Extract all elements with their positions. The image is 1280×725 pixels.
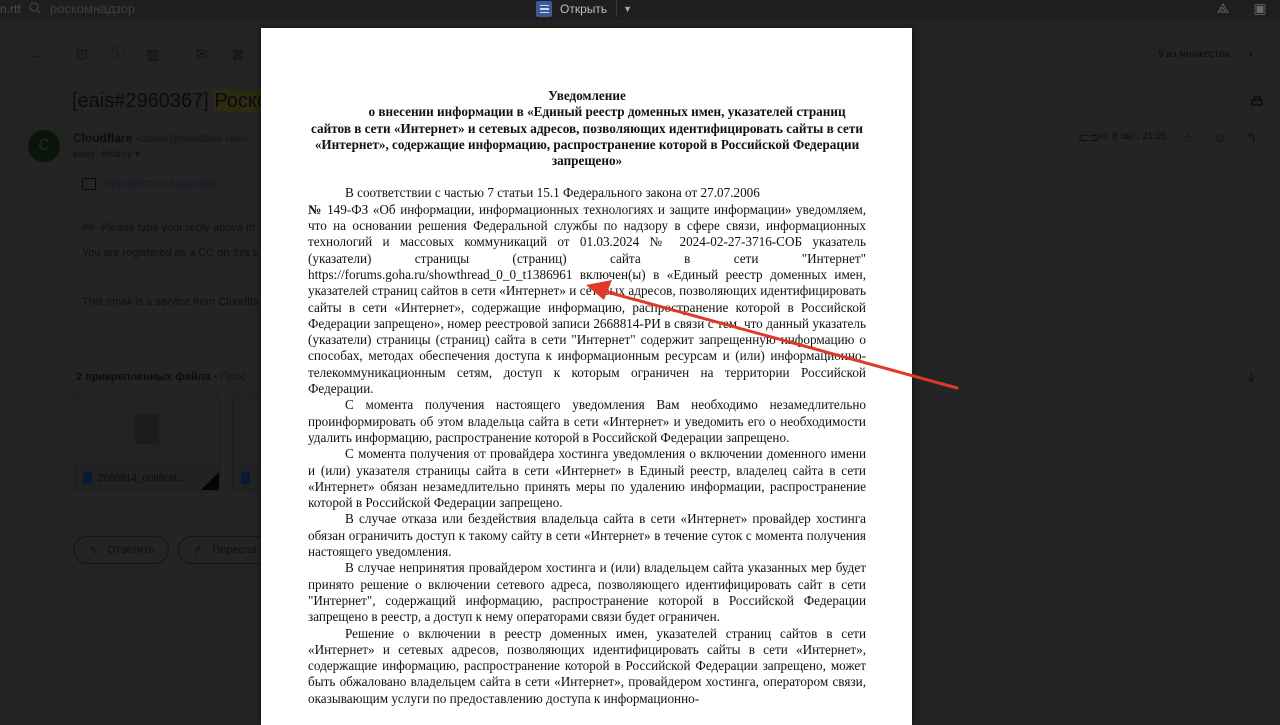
paragraph: В соответствии с частью 7 статьи 15.1 Фе… bbox=[308, 185, 866, 201]
document-page: Уведомление о внесении информации в «Еди… bbox=[261, 28, 912, 725]
paragraph: С момента получения от провайдера хостин… bbox=[308, 446, 866, 511]
paragraph: Решение о включении в реестр доменных им… bbox=[308, 626, 866, 707]
number-sign: № bbox=[308, 202, 323, 217]
chevron-down-icon[interactable]: ▼ bbox=[623, 4, 632, 14]
attachment-name bbox=[241, 472, 250, 484]
mark-unread-icon[interactable]: ✉ bbox=[194, 46, 210, 62]
translate-label: Перевести на русский bbox=[104, 178, 217, 190]
document-title: Уведомление bbox=[308, 88, 866, 104]
attachment-thumbnail bbox=[75, 394, 219, 464]
document-content: Уведомление о внесении информации в «Еди… bbox=[308, 88, 866, 707]
attachments-header: 2 прикрепленных файла • Прос bbox=[76, 371, 246, 383]
paragraph-text: 149-ФЗ «Об информации, информационных те… bbox=[308, 202, 866, 396]
forward-label: Пересла bbox=[212, 544, 256, 556]
archive-icon[interactable]: ⊡ bbox=[74, 46, 90, 62]
attachment-icon: ⊂⊃ bbox=[1078, 130, 1100, 146]
reply-label: Ответить bbox=[107, 544, 154, 556]
doc-icon bbox=[241, 472, 250, 484]
delete-icon[interactable]: ▥ bbox=[145, 46, 161, 62]
emoji-icon[interactable]: ☺ bbox=[1214, 130, 1227, 145]
message-counter: 9 из множества bbox=[1158, 49, 1230, 60]
translate-icon bbox=[82, 178, 96, 190]
print-icon[interactable]: ▣ bbox=[1251, 0, 1269, 16]
paragraph: № 149-ФЗ «Об информации, информационных … bbox=[308, 202, 866, 398]
email-date: чт, 8 авг., 21:26 bbox=[1098, 131, 1167, 142]
report-spam-icon[interactable]: ⓘ bbox=[110, 46, 126, 62]
forward-icon: ↱ bbox=[193, 544, 202, 557]
translate-link[interactable]: Перевести на русский bbox=[82, 178, 217, 190]
subject-id: [eais#2960367] bbox=[72, 90, 214, 112]
paragraph: С момента получения настоящего уведомлен… bbox=[308, 397, 866, 446]
back-arrow-icon[interactable]: ← bbox=[28, 46, 44, 62]
file-icon bbox=[135, 414, 159, 444]
forward-button[interactable]: ↱Пересла bbox=[178, 536, 272, 564]
open-with-button[interactable]: Открыть ▼ bbox=[536, 0, 632, 18]
email-body-line: You are registered as a CC on this s bbox=[82, 247, 258, 259]
print-icon[interactable] bbox=[1250, 95, 1264, 109]
attachment-name: 2668814_notificat... bbox=[83, 472, 185, 484]
reply-icon: ↰ bbox=[88, 544, 97, 557]
email-body-line: This email is a service from Cloudfla bbox=[82, 296, 259, 308]
document-subtitle: о внесении информации в «Единый реестр д… bbox=[308, 104, 866, 169]
sender-name: Cloudflare bbox=[73, 131, 132, 145]
star-icon[interactable]: ☆ bbox=[1182, 130, 1194, 146]
doc-icon bbox=[83, 472, 92, 484]
reply-icon[interactable]: ↰ bbox=[1246, 130, 1257, 146]
add-to-drive-icon[interactable]: ⟁ bbox=[1214, 0, 1232, 16]
reply-button[interactable]: ↰Ответить bbox=[73, 536, 169, 564]
move-to-icon[interactable]: ⊠ bbox=[230, 46, 246, 62]
sender-email: <abuse@cloudflare.com> bbox=[136, 134, 250, 145]
paragraph: В случае отказа или бездействия владельц… bbox=[308, 511, 866, 560]
page-fold bbox=[201, 472, 219, 490]
chevron-left-icon[interactable]: ‹ bbox=[1249, 46, 1253, 61]
paragraph: В случае непринятия провайдером хостинга… bbox=[308, 560, 866, 625]
viewer-top-bar: n.rtf роскомнадзор Открыть ▼ ⟁ ▣ bbox=[0, 0, 1280, 20]
recipient-dropdown[interactable]: кому: Andrey ▾ bbox=[73, 149, 140, 160]
divider bbox=[616, 1, 617, 17]
attachments-scan: • Прос bbox=[211, 371, 247, 383]
file-name: n.rtf bbox=[0, 2, 21, 16]
email-subject: [eais#2960367] Роском bbox=[72, 90, 282, 113]
sender: Cloudflare <abuse@cloudflare.com> bbox=[73, 131, 250, 145]
email-body-line: ##- Please type your reply above th bbox=[82, 222, 255, 234]
attachment-card[interactable]: 2668814_notificat... bbox=[74, 393, 220, 491]
open-label: Открыть bbox=[560, 2, 607, 16]
avatar[interactable]: C bbox=[28, 130, 60, 162]
search-input[interactable]: роскомнадзор bbox=[50, 1, 135, 16]
search-icon[interactable] bbox=[28, 1, 42, 15]
attachment-filename: 2668814_notificat... bbox=[98, 473, 185, 484]
attachments-count: 2 прикрепленных файла bbox=[76, 371, 211, 383]
divider bbox=[72, 286, 262, 287]
recipient-label: кому: Andrey bbox=[73, 149, 132, 160]
docs-icon bbox=[536, 1, 552, 17]
download-all-icon[interactable]: ⤓ bbox=[1248, 368, 1254, 385]
